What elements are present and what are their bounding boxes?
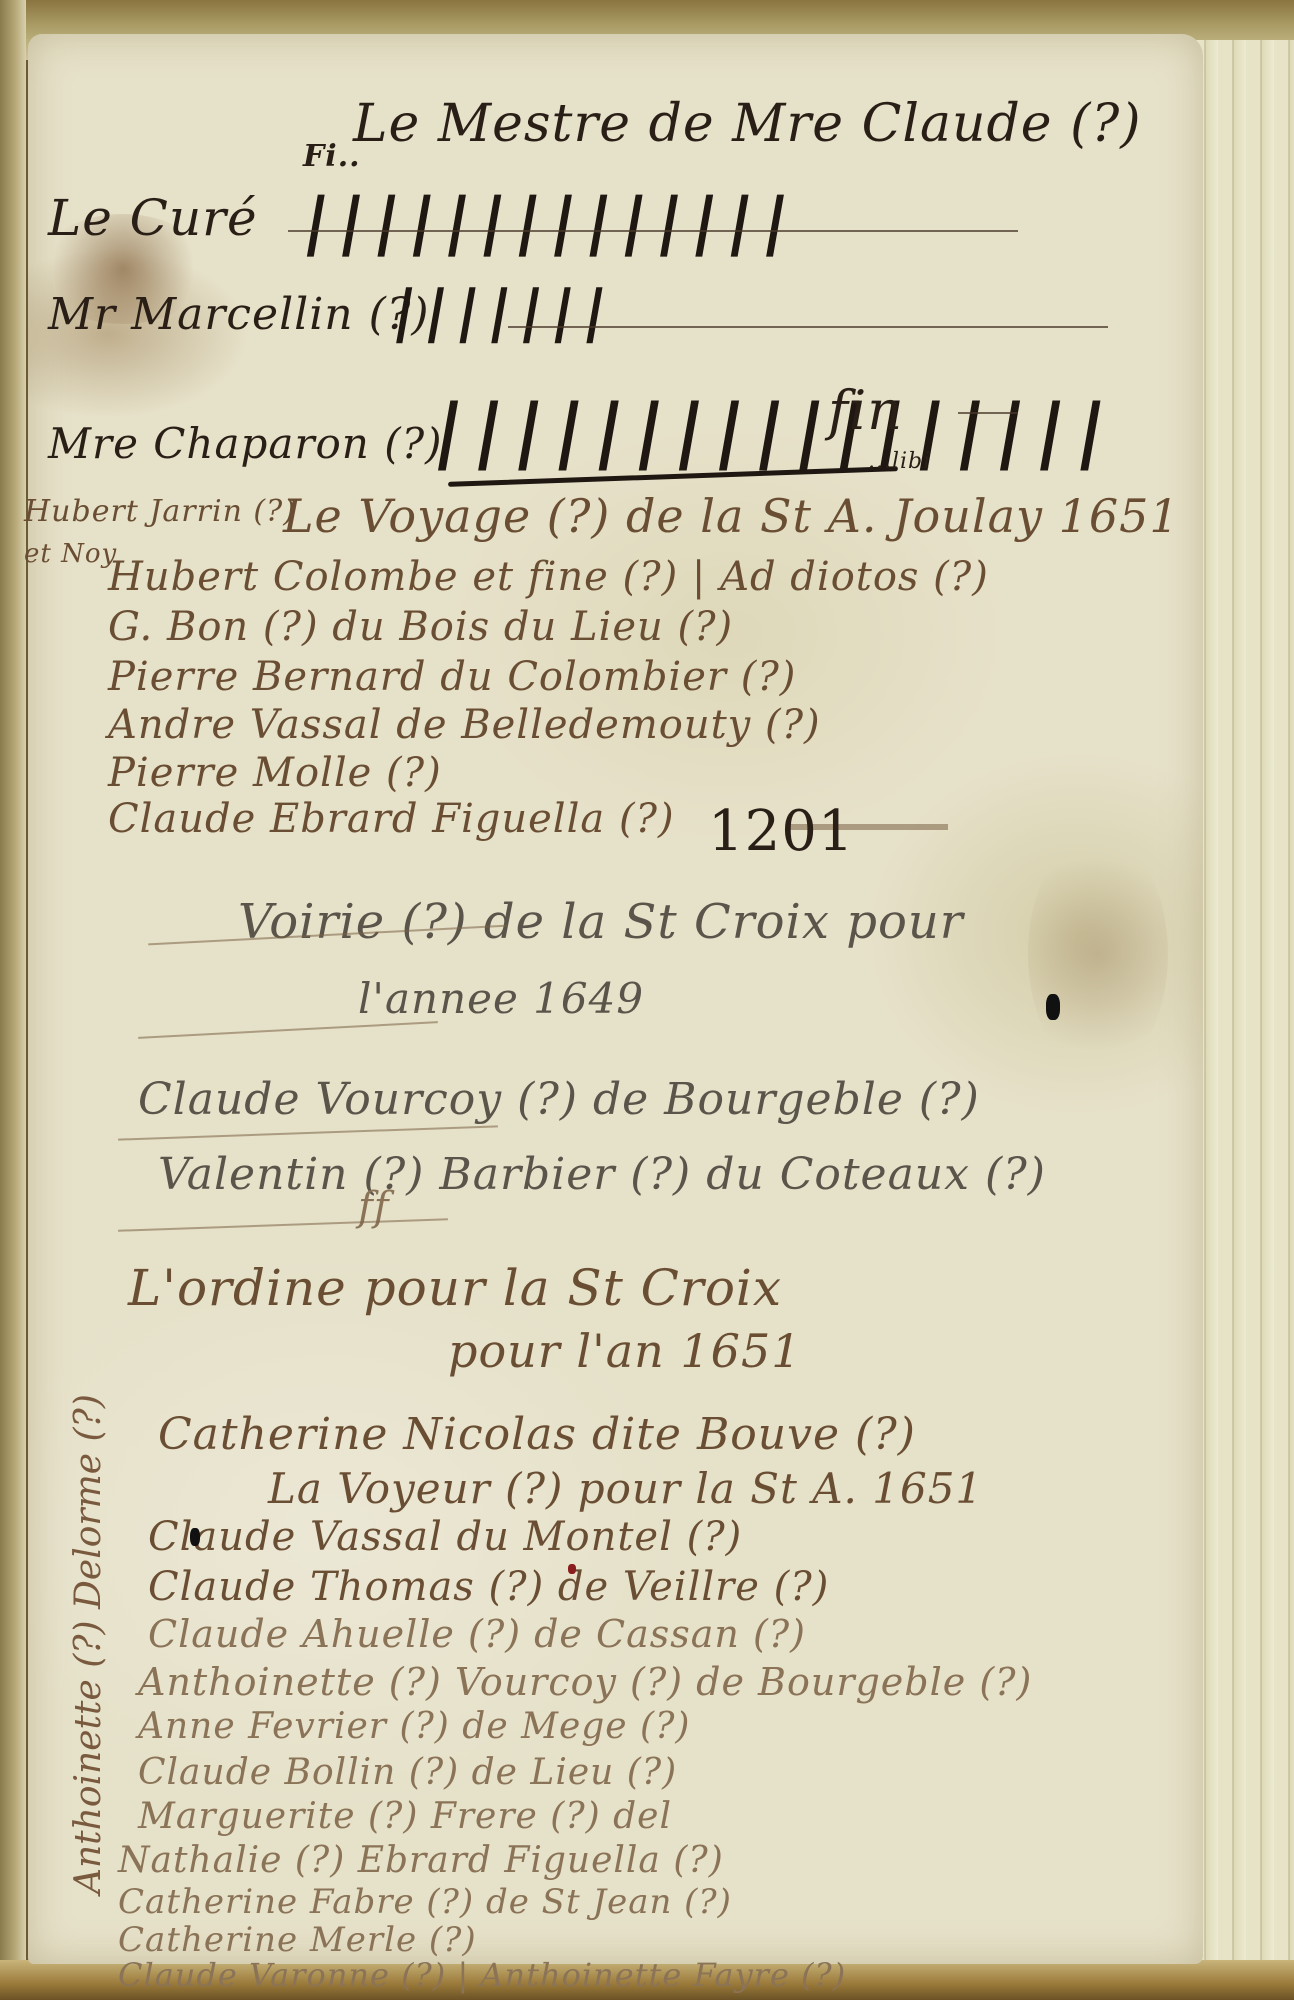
register-entry: Anne Fevrier (?) de Mege (?)	[138, 1706, 690, 1747]
register-entry: Claude Varonne (?) | Anthoinette Fayre (…	[118, 1956, 846, 1994]
register-entry: Claude Bollin (?) de Lieu (?)	[138, 1752, 677, 1793]
margin-note: Hubert Jarrin (?)	[24, 494, 296, 529]
tally-name-chaparon: Mre Chaparon (?)	[48, 419, 443, 468]
water-stain	[1028, 834, 1168, 1074]
tally-name-cure: Le Curé	[48, 189, 258, 247]
section-subheading: pour l'an 1651	[448, 1324, 801, 1378]
tally-marks-cure: ||||||||||||||	[292, 184, 799, 257]
section-heading: Le Voyage (?) de la St A. Joulay 1651	[283, 489, 1180, 543]
register-entry: Catherine Nicolas dite Bouve (?)	[158, 1409, 916, 1460]
tally-line	[508, 326, 1108, 328]
tally-suffix-fin: fin	[828, 379, 903, 442]
register-entry: Catherine Merle (?)	[118, 1920, 477, 1960]
struck-text: ...libi	[868, 449, 931, 474]
ink-blot	[190, 1528, 200, 1546]
tally-marks-marcellin: |||||||	[382, 279, 615, 344]
register-entry: Catherine Fabre (?) de St Jean (?)	[118, 1882, 732, 1922]
tally-superscript: Fi..	[303, 139, 361, 174]
tally-line	[288, 230, 1018, 232]
register-entry: La Voyeur (?) pour la St A. 1651	[268, 1464, 983, 1513]
tally-line	[958, 412, 1018, 414]
binding-left-edge	[0, 0, 26, 2000]
register-entry: Claude Vassal du Montel (?)	[148, 1514, 742, 1560]
underline	[138, 1021, 438, 1039]
section-heading-struck: Voirie (?) de la St Croix pour	[238, 894, 964, 950]
register-entry: Valentin (?) Barbier (?) du Coteaux (?)	[158, 1149, 1046, 1200]
register-entry: Andre Vassal de Belledemouty (?)	[108, 702, 821, 748]
page-stack-right-edges	[1190, 40, 1294, 1970]
register-entry: G. Bon (?) du Bois du Lieu (?)	[108, 604, 733, 650]
register-entry: Pierre Bernard du Colombier (?)	[108, 654, 796, 700]
register-entry: Marguerite (?) Frere (?) del	[138, 1796, 672, 1837]
underline	[118, 1218, 448, 1232]
ink-blot	[1046, 994, 1060, 1020]
page-header: Le Mestre de Mre Claude (?)	[353, 94, 1142, 154]
register-entry: Claude Ahuelle (?) de Cassan (?)	[148, 1612, 806, 1656]
folio-number: 1201	[708, 799, 855, 864]
register-entry: Nathalie (?) Ebrard Figuella (?)	[118, 1840, 724, 1881]
register-entry: Hubert Colombe et fine (?) | Ad diotos (…	[108, 554, 989, 600]
red-ink-spot	[568, 1564, 576, 1574]
register-entry: Claude Thomas (?) de Veillre (?)	[148, 1564, 829, 1610]
section-heading: L'ordine pour la St Croix	[128, 1259, 782, 1317]
register-entry: Pierre Molle (?)	[108, 750, 442, 796]
register-entry: Claude Ebrard Figuella (?)	[108, 796, 675, 842]
underline	[118, 1125, 498, 1140]
register-entry: Anthoinette (?) Vourcoy (?) de Bourgeble…	[138, 1660, 1032, 1704]
section-subheading: l'annee 1649	[358, 974, 644, 1023]
manuscript-page: Le Mestre de Mre Claude (?) Le Curé Fi..…	[28, 34, 1203, 1964]
tally-marks-chaparon: |||||||||||||||||	[421, 389, 1118, 471]
vertical-margin-note: Anthoinette (?) Delorme (?)	[68, 1394, 109, 1894]
tally-name-marcellin: Mr Marcellin (?)	[48, 289, 430, 340]
register-entry: Claude Vourcoy (?) de Bourgeble (?)	[138, 1074, 980, 1125]
margin-note: et Noy	[24, 539, 117, 569]
